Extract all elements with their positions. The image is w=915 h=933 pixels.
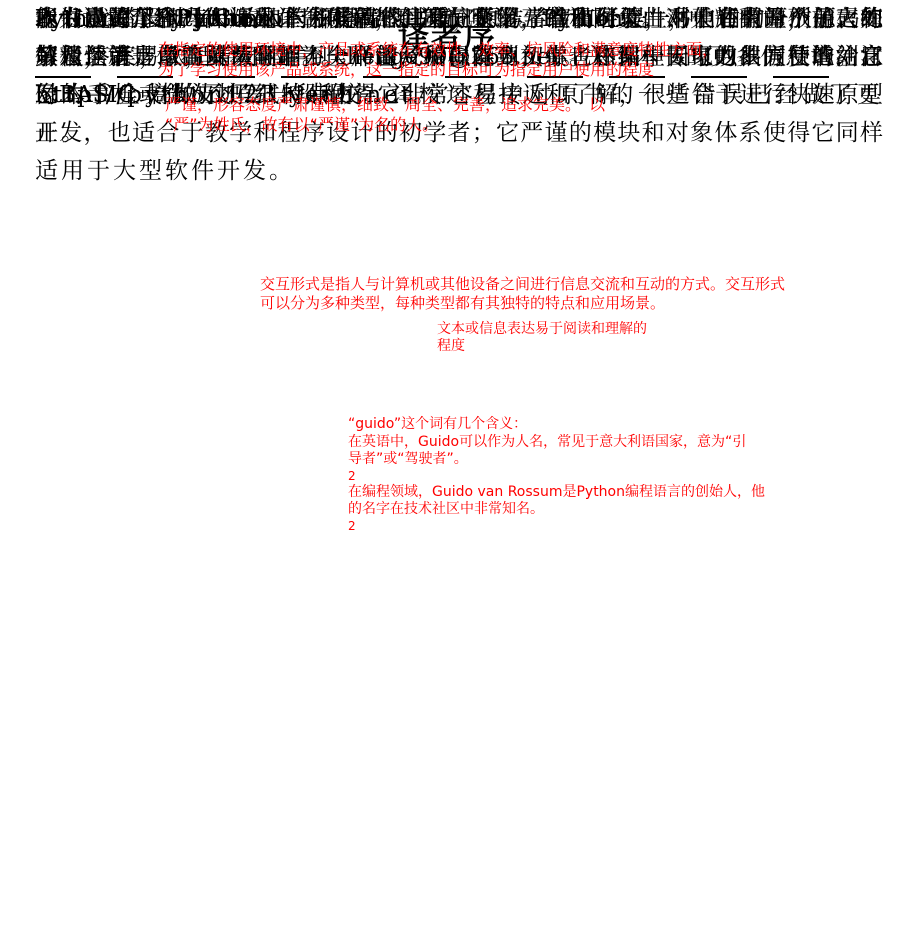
text-line: 文本或信息表达易于阅读和理解的 bbox=[437, 321, 647, 338]
annotation-guido-definition: “guido”这个词有几个含义：在英语中，Guido可以作为人名，常见于意大利语… bbox=[348, 416, 765, 534]
text-line: 可以分为多种类型，每种类型都有其独特的特点和应用场景。 bbox=[260, 294, 785, 313]
annotation-yanjin-definition: 严谨，形容态度严肃谨慎，细致、周全、完善，追求完美。 以“严”为姓氏，故有以“严… bbox=[165, 95, 605, 135]
annotation-readability-definition: 文本或信息表达易于阅读和理解的程度 bbox=[437, 321, 647, 355]
text-line: 交互形式是指人与计算机或其他设备之间进行信息交流和互动的方式。交互形式 bbox=[260, 275, 785, 294]
document-page: 译者序 在指定的使用环境中，产品或系统在有效性、效率、抗风险和满意度特性方面，为… bbox=[0, 0, 915, 933]
text-line: 为了学习使用该产品或系统，这一指定的目标可为指定用户使用的程度 bbox=[158, 60, 718, 80]
text-line: 的名字在技术社区中非常知名。 bbox=[348, 501, 765, 519]
text-line: “guido”这个词有几个含义： bbox=[348, 416, 765, 434]
text-line: 在指定的使用环境中，产品或系统在有效性、效率、抗风险和满意度特性方面， bbox=[158, 40, 718, 60]
text-line: 导者”或“驾驶者”。 bbox=[348, 451, 765, 469]
text-line: “严”为姓氏，故有以“严谨”为名的人。 bbox=[165, 115, 605, 135]
text-line: 在英语中，Guido可以作为人名，常见于意大利语国家，意为“引 bbox=[348, 434, 765, 452]
text-line: 程度 bbox=[437, 338, 647, 355]
text-line: 严谨，形容态度严肃谨慎，细致、周全、完善，追求完美。 以 bbox=[165, 95, 605, 115]
annotation-quality-in-use-definition: 在指定的使用环境中，产品或系统在有效性、效率、抗风险和满意度特性方面，为了学习使… bbox=[158, 40, 718, 80]
text-line: 适用于大型软件开发。 bbox=[35, 152, 883, 190]
annotation-interaction-definition: 交互形式是指人与计算机或其他设备之间进行信息交流和互动的方式。交互形式可以分为多… bbox=[260, 275, 785, 313]
text-line: 现在就踏上 Python 的探索学习之旅吧！ bbox=[35, 0, 883, 38]
paragraph-closing-line: 现在就踏上 Python 的探索学习之旅吧！ bbox=[35, 0, 883, 38]
text-line: 2 bbox=[348, 519, 765, 534]
text-line: 在编程领域，Guido van Rossum是Python编程语言的创始人，他 bbox=[348, 484, 765, 502]
text-line: 2 bbox=[348, 469, 765, 484]
